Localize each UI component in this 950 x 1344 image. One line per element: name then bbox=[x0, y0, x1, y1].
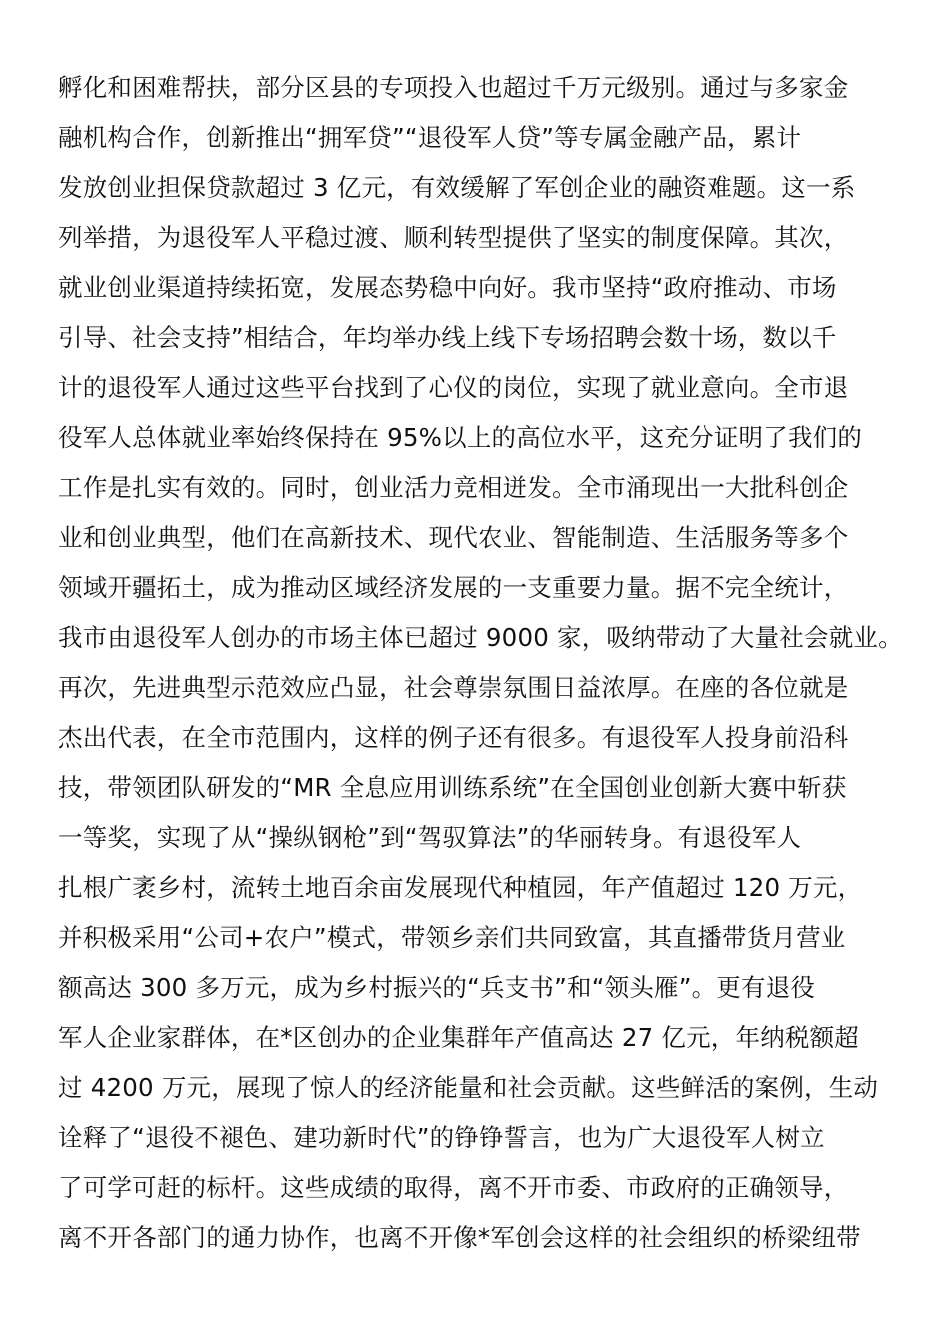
body-paragraph: 孵化和困难帮扶，部分区县的专项投入也超过千万元级别。通过与多家金 融机构合作，创… bbox=[58, 70, 894, 1270]
text-line-10: 业和创业典型，他们在高新技术、现代农业、智能制造、生活服务等多个 bbox=[58, 520, 894, 570]
text-line-9: 工作是扎实有效的。同时，创业活力竞相迸发。全市涌现出一大批科创企 bbox=[58, 470, 894, 520]
text-line-11: 领域开疆拓土，成为推动区域经济发展的一支重要力量。据不完全统计， bbox=[58, 570, 894, 620]
text-line-21: 过 4200 万元，展现了惊人的经济能量和社会贡献。这些鲜活的案例，生动 bbox=[58, 1070, 894, 1120]
text-line-16: 一等奖，实现了从“操纵钢枪”到“驾驭算法”的华丽转身。有退役军人 bbox=[58, 820, 894, 870]
text-line-12: 我市由退役军人创办的市场主体已超过 9000 家，吸纳带动了大量社会就业。 bbox=[58, 620, 894, 670]
text-line-17: 扎根广袤乡村，流转土地百余亩发展现代种植园，年产值超过 120 万元， bbox=[58, 870, 894, 920]
text-line-13: 再次，先进典型示范效应凸显，社会尊崇氛围日益浓厚。在座的各位就是 bbox=[58, 670, 894, 720]
text-line-24: 离不开各部门的通力协作，也离不开像*军创会这样的社会组织的桥梁纽带 bbox=[58, 1220, 894, 1270]
text-line-7: 计的退役军人通过这些平台找到了心仪的岗位，实现了就业意向。全市退 bbox=[58, 370, 894, 420]
text-line-4: 列举措，为退役军人平稳过渡、顺利转型提供了坚实的制度保障。其次， bbox=[58, 220, 894, 270]
text-line-14: 杰出代表，在全市范围内，这样的例子还有很多。有退役军人投身前沿科 bbox=[58, 720, 894, 770]
text-line-3: 发放创业担保贷款超过 3 亿元，有效缓解了军创企业的融资难题。这一系 bbox=[58, 170, 894, 220]
text-line-19: 额高达 300 多万元，成为乡村振兴的“兵支书”和“领头雁”。更有退役 bbox=[58, 970, 894, 1020]
text-line-22: 诠释了“退役不褪色、建功新时代”的铮铮誓言，也为广大退役军人树立 bbox=[58, 1120, 894, 1170]
text-line-20: 军人企业家群体，在*区创办的企业集群年产值高达 27 亿元，年纳税额超 bbox=[58, 1020, 894, 1070]
text-line-1: 孵化和困难帮扶，部分区县的专项投入也超过千万元级别。通过与多家金 bbox=[58, 70, 894, 120]
text-line-6: 引导、社会支持”相结合，年均举办线上线下专场招聘会数十场，数以千 bbox=[58, 320, 894, 370]
text-line-2: 融机构合作，创新推出“拥军贷”“退役军人贷”等专属金融产品，累计 bbox=[58, 120, 894, 170]
text-line-23: 了可学可赶的标杆。这些成绩的取得，离不开市委、市政府的正确领导， bbox=[58, 1170, 894, 1220]
text-line-5: 就业创业渠道持续拓宽，发展态势稳中向好。我市坚持“政府推动、市场 bbox=[58, 270, 894, 320]
text-line-8: 役军人总体就业率始终保持在 95%以上的高位水平，这充分证明了我们的 bbox=[58, 420, 894, 470]
text-line-15: 技，带领团队研发的“MR 全息应用训练系统”在全国创业创新大赛中斩获 bbox=[58, 770, 894, 820]
document-page: 孵化和困难帮扶，部分区县的专项投入也超过千万元级别。通过与多家金 融机构合作，创… bbox=[0, 0, 950, 1344]
text-line-18: 并积极采用“公司+农户”模式，带领乡亲们共同致富，其直播带货月营业 bbox=[58, 920, 894, 970]
